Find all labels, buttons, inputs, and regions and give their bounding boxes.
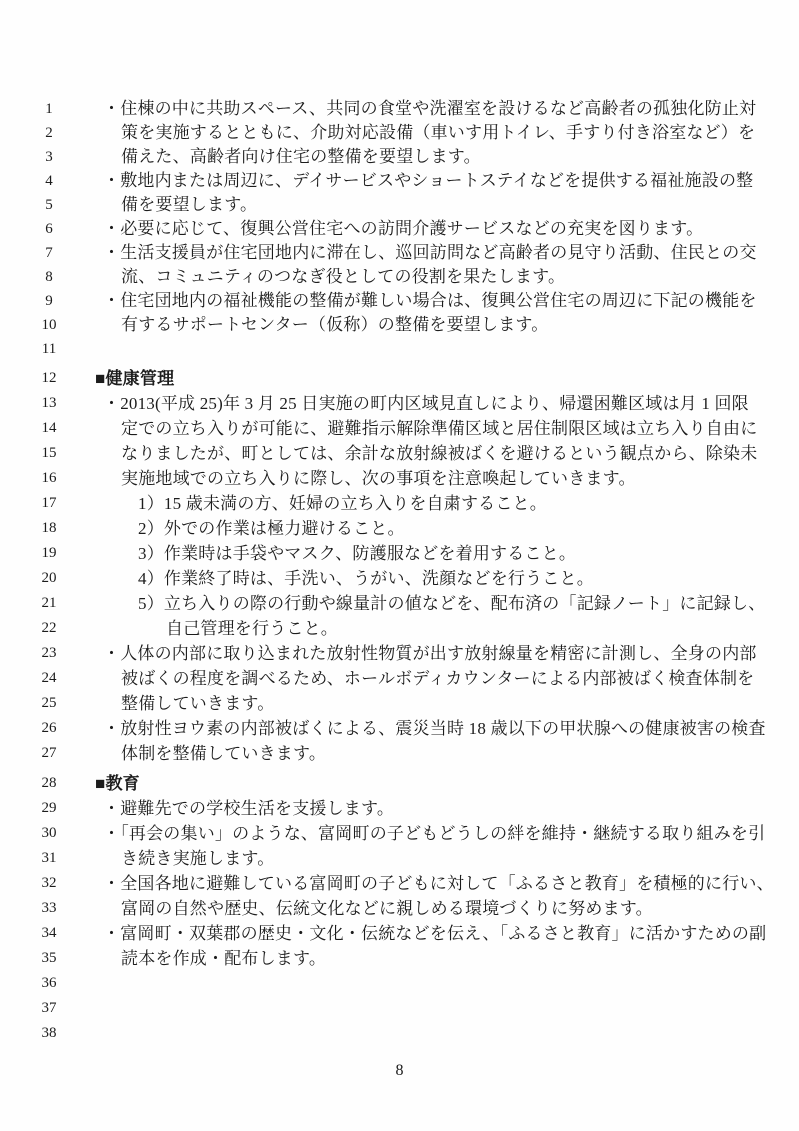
line-number: 9 [37,289,61,313]
document-line: 5備を要望します。 [0,193,799,217]
document-line: 10有するサポートセンター（仮称）の整備を要望します。 [0,313,799,337]
line-number: 38 [37,1021,61,1046]
line-text: 策を実施するとともに、介助対応設備（車いす用トイレ、手すり付き浴室など）を [121,121,799,145]
document-line: 9・住宅団地内の福祉機能の整備が難しい場合は、復興公営住宅の周辺に下記の機能を [0,289,799,313]
line-number: 17 [37,491,61,516]
line-text: ・避難先での学校生活を支援します。 [103,796,799,821]
document-line: 22自己管理を行うこと。 [0,616,799,641]
line-number: 28 [37,771,61,796]
document-page: 1・住棟の中に共助スペース、共同の食堂や洗濯室を設けるなど高齢者の孤独化防止対2… [0,0,799,1131]
document-line: 37 [0,996,799,1021]
document-line: 15なりましたが、町としては、余計な放射線被ばくを避けるという観点から、除染未 [0,441,799,466]
document-line: 23・人体の内部に取り込まれた放射性物質が出す放射線量を精密に計測し、全身の内部 [0,641,799,666]
line-number: 32 [37,871,61,896]
line-number: 12 [37,366,61,391]
document-line: 24被ばくの程度を調べるため、ホールボディカウンターによる内部被ばく検査体制を [0,666,799,691]
line-text: 備えた、高齢者向け住宅の整備を要望します。 [121,145,799,169]
line-text: ・全国各地に避難している富岡町の子どもに対して「ふるさと教育」を積極的に行い、 [103,871,799,896]
document-line: 29・避難先での学校生活を支援します。 [0,796,799,821]
line-text: き続き実施します。 [121,846,799,871]
document-body: 1・住棟の中に共助スペース、共同の食堂や洗濯室を設けるなど高齢者の孤独化防止対2… [0,97,799,1046]
line-number: 14 [37,416,61,441]
line-text: 整備していきます。 [121,691,799,716]
line-text: 体制を整備していきます。 [121,741,799,766]
line-text: 1）15 歳未満の方、妊婦の立ち入りを自粛すること。 [138,491,799,516]
line-text: 被ばくの程度を調べるため、ホールボディカウンターによる内部被ばく検査体制を [121,666,799,691]
line-text: 4）作業終了時は、手洗い、うがい、洗顔などを行うこと。 [138,566,799,591]
document-line: 16実施地域での立ち入りに際し、次の事項を注意喚起していきます。 [0,466,799,491]
line-text: ・人体の内部に取り込まれた放射性物質が出す放射線量を精密に計測し、全身の内部 [103,641,799,666]
document-line: 4・敷地内または周辺に、デイサービスやショートステイなどを提供する福祉施設の整 [0,169,799,193]
line-text: ・放射性ヨウ素の内部被ばくによる、震災当時 18 歳以下の甲状腺への健康被害の検… [103,716,799,741]
document-line: 30・「再会の集い」のような、富岡町の子どもどうしの絆を維持・継続する取り組みを… [0,821,799,846]
line-text: 有するサポートセンター（仮称）の整備を要望します。 [121,313,799,337]
line-text: 3）作業時は手袋やマスク、防護服などを着用すること。 [138,541,799,566]
document-line: 34・富岡町・双葉郡の歴史・文化・伝統などを伝え、「ふるさと教育」に活かすための… [0,921,799,946]
document-line: 12■健康管理 [0,366,799,391]
line-number: 33 [37,896,61,921]
line-number: 30 [37,821,61,846]
line-number: 22 [37,616,61,641]
document-line: 33富岡の自然や歴史、伝統文化などに親しめる環境づくりに努めます。 [0,896,799,921]
line-number: 29 [37,796,61,821]
line-number: 25 [37,691,61,716]
line-number: 19 [37,541,61,566]
line-text: ・住宅団地内の福祉機能の整備が難しい場合は、復興公営住宅の周辺に下記の機能を [103,289,799,313]
line-number: 21 [37,591,61,616]
section-heading: ■健康管理 [95,366,799,391]
line-text: 5）立ち入りの際の行動や線量計の値などを、配布済の「記録ノート」に記録し、 [138,591,799,616]
line-text: ・生活支援員が住宅団地内に滞在し、巡回訪問など高齢者の見守り活動、住民との交 [103,241,799,265]
line-number: 20 [37,566,61,591]
line-number: 15 [37,441,61,466]
line-number: 4 [37,169,61,193]
line-text: 定での立ち入りが可能に、避難指示解除準備区域と居住制限区域は立ち入り自由に [121,416,799,441]
document-line: 193）作業時は手袋やマスク、防護服などを着用すること。 [0,541,799,566]
line-number: 35 [37,946,61,971]
line-text: 実施地域での立ち入りに際し、次の事項を注意喚起していきます。 [121,466,799,491]
document-line: 2策を実施するとともに、介助対応設備（車いす用トイレ、手すり付き浴室など）を [0,121,799,145]
line-number: 7 [37,241,61,265]
line-number: 2 [37,121,61,145]
line-text: ・2013(平成 25)年 3 月 25 日実施の町内区域見直しにより、帰還困難… [103,391,799,416]
document-line: 35読本を作成・配布します。 [0,946,799,971]
line-number: 5 [37,193,61,217]
document-line: 3備えた、高齢者向け住宅の整備を要望します。 [0,145,799,169]
document-line: 8流、コミュニティのつなぎ役としての役割を果たします。 [0,265,799,289]
document-line: 25整備していきます。 [0,691,799,716]
line-text: ・必要に応じて、復興公営住宅への訪問介護サービスなどの充実を図ります。 [103,217,799,241]
line-text: ・富岡町・双葉郡の歴史・文化・伝統などを伝え、「ふるさと教育」に活かすための副 [103,921,799,946]
line-text: 富岡の自然や歴史、伝統文化などに親しめる環境づくりに努めます。 [121,896,799,921]
line-text: なりましたが、町としては、余計な放射線被ばくを避けるという観点から、除染未 [121,441,799,466]
document-line: 6・必要に応じて、復興公営住宅への訪問介護サービスなどの充実を図ります。 [0,217,799,241]
line-text: 読本を作成・配布します。 [121,946,799,971]
document-line: 27体制を整備していきます。 [0,741,799,766]
line-text: 流、コミュニティのつなぎ役としての役割を果たします。 [121,265,799,289]
line-number: 26 [37,716,61,741]
line-number: 24 [37,666,61,691]
line-text: 自己管理を行うこと。 [166,616,799,641]
line-text: ・敷地内または周辺に、デイサービスやショートステイなどを提供する福祉施設の整 [103,169,799,193]
document-line: 32・全国各地に避難している富岡町の子どもに対して「ふるさと教育」を積極的に行い… [0,871,799,896]
document-line: 38 [0,1021,799,1046]
document-line: 28■教育 [0,771,799,796]
line-number: 1 [37,97,61,121]
line-number: 8 [37,265,61,289]
document-line: 26・放射性ヨウ素の内部被ばくによる、震災当時 18 歳以下の甲状腺への健康被害… [0,716,799,741]
document-line: 31き続き実施します。 [0,846,799,871]
document-line: 36 [0,971,799,996]
line-number: 31 [37,846,61,871]
line-number: 11 [37,337,61,361]
document-line: 171）15 歳未満の方、妊婦の立ち入りを自粛すること。 [0,491,799,516]
line-number: 27 [37,741,61,766]
section-heading: ■教育 [95,771,799,796]
document-line: 1・住棟の中に共助スペース、共同の食堂や洗濯室を設けるなど高齢者の孤独化防止対 [0,97,799,121]
page-number: 8 [0,1062,799,1080]
document-line: 182）外での作業は極力避けること。 [0,516,799,541]
line-text: ・住棟の中に共助スペース、共同の食堂や洗濯室を設けるなど高齢者の孤独化防止対 [103,97,799,121]
line-number: 6 [37,217,61,241]
line-text: 備を要望します。 [121,193,799,217]
line-number: 3 [37,145,61,169]
document-line: 7・生活支援員が住宅団地内に滞在し、巡回訪問など高齢者の見守り活動、住民との交 [0,241,799,265]
line-number: 18 [37,516,61,541]
line-number: 34 [37,921,61,946]
line-text: ・「再会の集い」のような、富岡町の子どもどうしの絆を維持・継続する取り組みを引 [103,821,799,846]
line-number: 36 [37,971,61,996]
document-line: 215）立ち入りの際の行動や線量計の値などを、配布済の「記録ノート」に記録し、 [0,591,799,616]
document-line: 11 [0,337,799,361]
line-number: 37 [37,996,61,1021]
document-line: 204）作業終了時は、手洗い、うがい、洗顔などを行うこと。 [0,566,799,591]
line-number: 16 [37,466,61,491]
line-text: 2）外での作業は極力避けること。 [138,516,799,541]
document-line: 14定での立ち入りが可能に、避難指示解除準備区域と居住制限区域は立ち入り自由に [0,416,799,441]
line-number: 10 [37,313,61,337]
line-number: 13 [37,391,61,416]
document-line: 13・2013(平成 25)年 3 月 25 日実施の町内区域見直しにより、帰還… [0,391,799,416]
line-number: 23 [37,641,61,666]
